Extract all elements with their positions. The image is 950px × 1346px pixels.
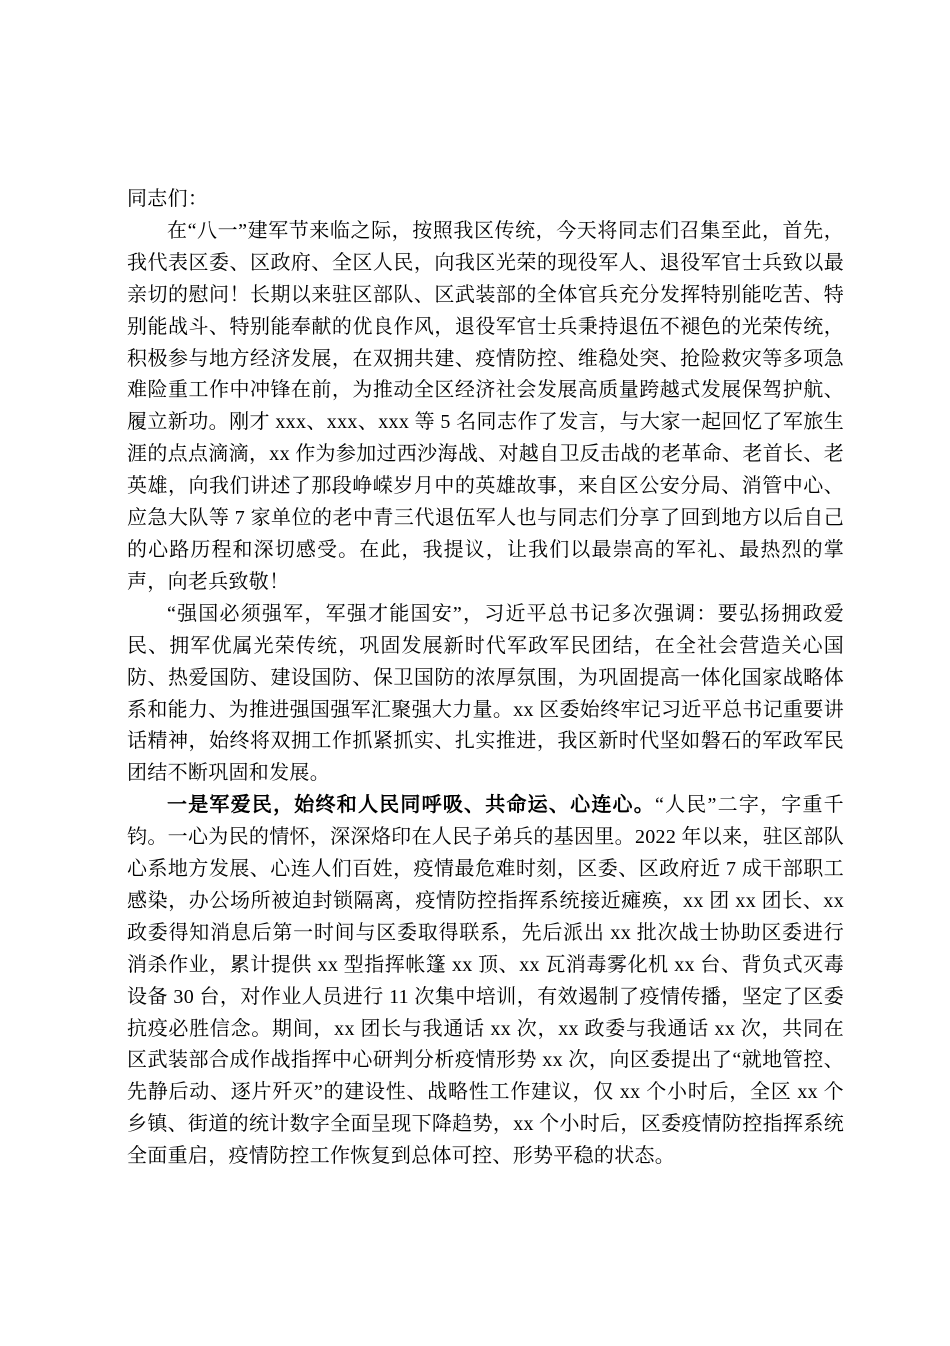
paragraph-point-one-body: “人民”二字，字重千钧。一心为民的情怀，深深烙印在人民子弟兵的基因里。2022 … [127, 794, 844, 1167]
speech-body: 同志们： 在“八一”建军节来临之际，按照我区传统，今天将同志们召集至此，首先，我… [127, 184, 844, 1173]
paragraph-opening: 在“八一”建军节来临之际，按照我区传统，今天将同志们召集至此，首先，我代表区委、… [127, 216, 844, 599]
paragraph-point-one: 一是军爱民，始终和人民同呼吸、共命运、心连心。“人民”二字，字重千钧。一心为民的… [127, 790, 844, 1173]
salutation: 同志们： [127, 184, 844, 216]
paragraph-point-one-bold-lead: 一是军爱民，始终和人民同呼吸、共命运、心连心。 [167, 794, 655, 816]
document-page: 同志们： 在“八一”建军节来临之际，按照我区传统，今天将同志们召集至此，首先，我… [0, 0, 950, 1346]
paragraph-quote: “强国必须强军，军强才能国安”，习近平总书记多次强调：要弘扬拥政爱民、拥军优属光… [127, 599, 844, 790]
